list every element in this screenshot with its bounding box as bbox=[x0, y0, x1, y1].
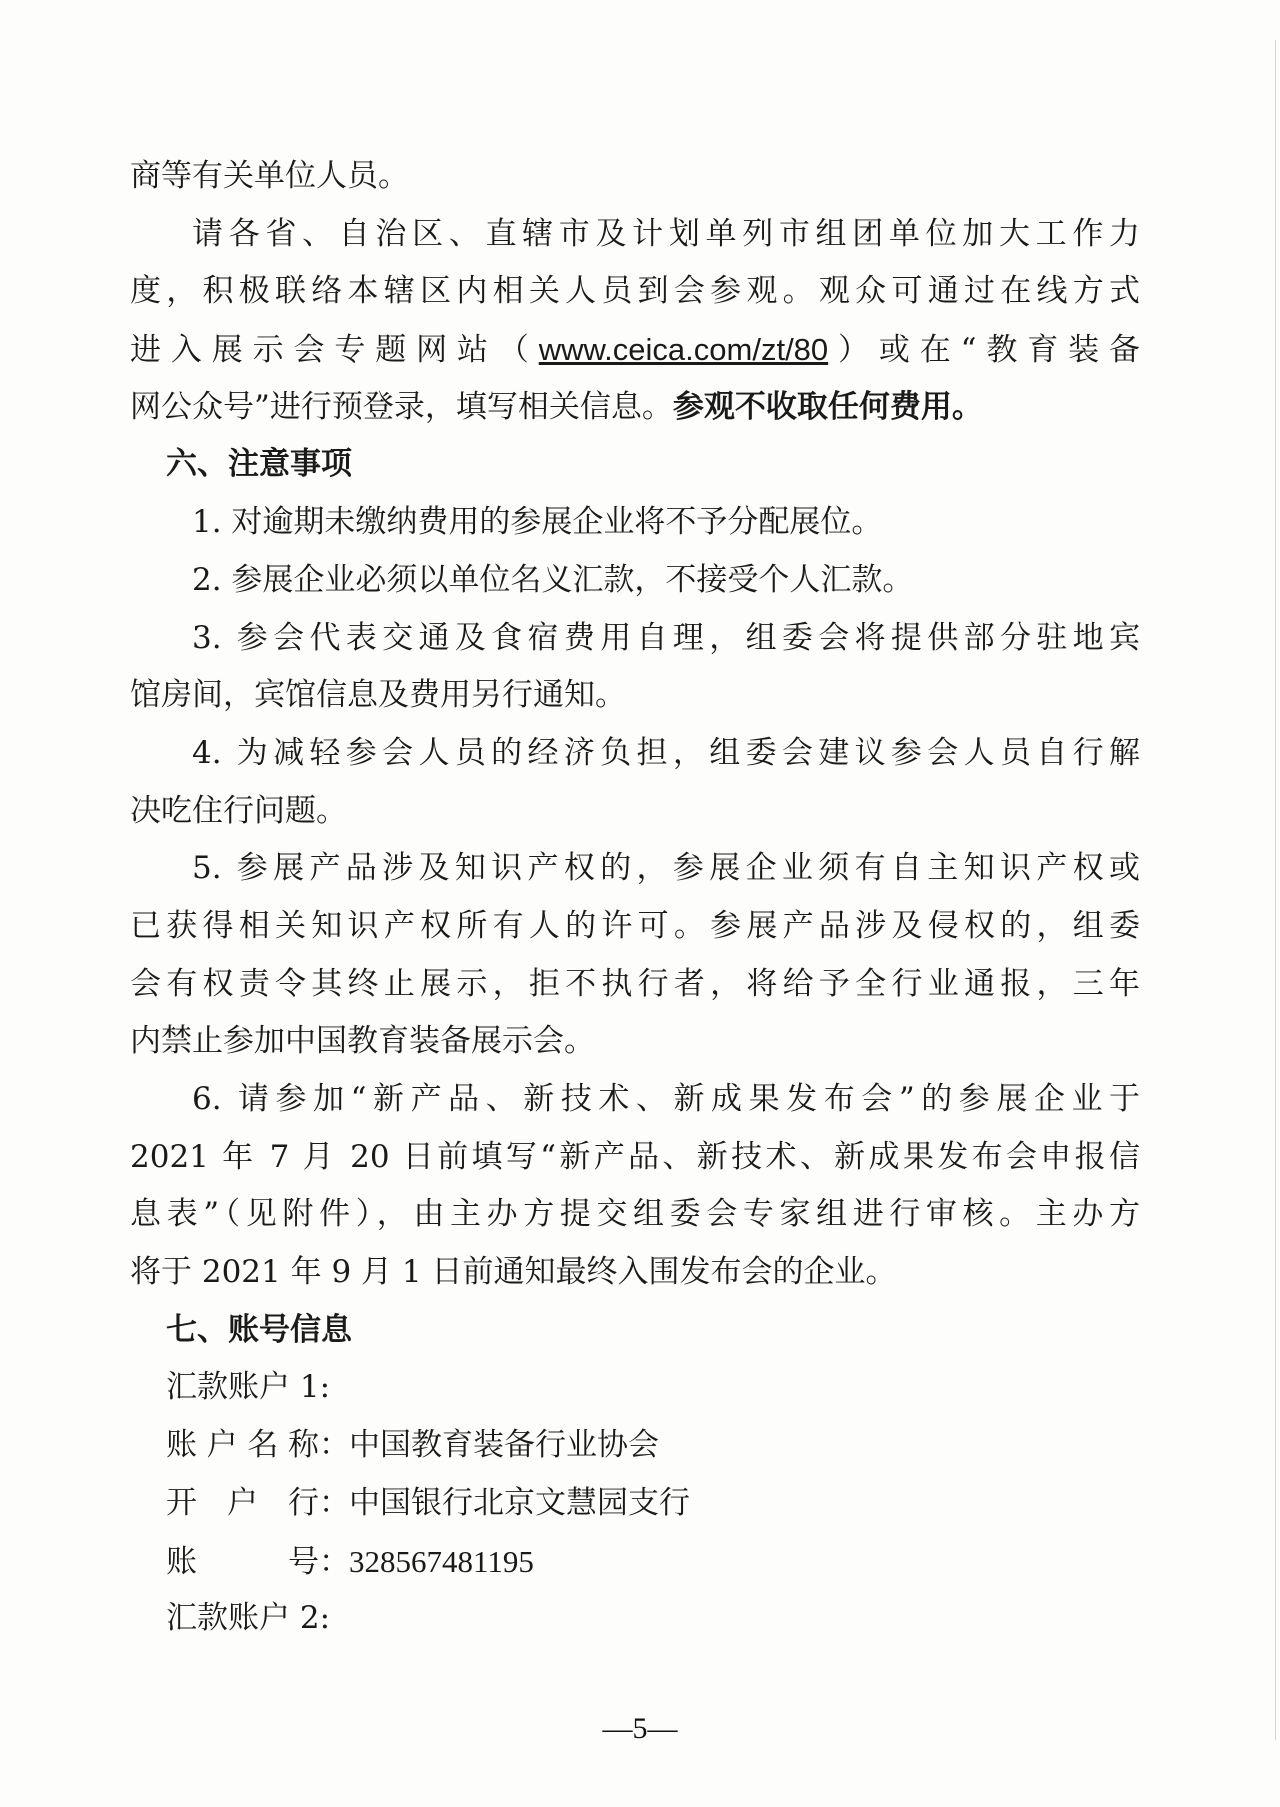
text-line: 3. 参会代表交通及食宿费用自理，组委会将提供部分驻地宾 bbox=[130, 610, 1140, 668]
text-line: 息表”（见附件），由主办方提交组委会专家组进行审核。主办方 bbox=[130, 1186, 1140, 1244]
website-link[interactable]: www.ceica.com/zt/80 bbox=[539, 332, 828, 367]
account-2-label: 汇款账户 2: bbox=[130, 1590, 1140, 1648]
note-item-5: 5. 参展产品涉及知识产权的，参展企业须有自主知识产权或 已获得相关知识产权所有… bbox=[130, 840, 1140, 1071]
account-info: 汇款账户 1: 账户名称：中国教育装备行业协会 开 户 行：中国银行北京文慧园支… bbox=[130, 1359, 1140, 1647]
account-number-value: 328567481195 bbox=[349, 1544, 534, 1579]
note-item-4: 4. 为减轻参会人员的经济负担，组委会建议参会人员自行解 决吃住行问题。 bbox=[130, 725, 1140, 840]
colon: ： bbox=[319, 1417, 349, 1475]
paragraph-visitor-registration: 请各省、自治区、直辖市及计划单列市组团单位加大工作力 度，积极联络本辖区内相关人… bbox=[130, 206, 1140, 437]
bank-label: 开 户 行 bbox=[166, 1475, 319, 1533]
text-line: 网公众号”进行预登录，填写相关信息。参观不收取任何费用。 bbox=[130, 379, 1140, 437]
text-segment: 进入展示会专题网站（ bbox=[130, 332, 539, 368]
text-line: 6. 请参加“新产品、新技术、新成果发布会”的参展企业于 bbox=[130, 1071, 1140, 1129]
text-line-with-link: 进入展示会专题网站（www.ceica.com/zt/80）或在“教育装备 bbox=[130, 321, 1140, 379]
paragraph-continuation: 商等有关单位人员。 bbox=[130, 148, 1140, 206]
text-segment: 网公众号”进行预登录，填写相关信息。 bbox=[130, 389, 673, 425]
text-line: 4. 为减轻参会人员的经济负担，组委会建议参会人员自行解 bbox=[130, 725, 1140, 783]
text-segment: ）或在“教育装备 bbox=[828, 332, 1140, 368]
colon: ： bbox=[319, 1475, 349, 1533]
text-line: 商等有关单位人员。 bbox=[130, 158, 409, 194]
section-heading-notes: 六、注意事项 bbox=[130, 436, 1140, 494]
colon: ： bbox=[319, 1534, 349, 1592]
text-line: 5. 参展产品涉及知识产权的，参展企业须有自主知识产权或 bbox=[130, 840, 1140, 898]
document-body: 商等有关单位人员。 请各省、自治区、直辖市及计划单列市组团单位加大工作力 度，积… bbox=[130, 148, 1140, 1648]
page-edge bbox=[1275, 40, 1276, 1740]
account-1-label: 汇款账户 1: bbox=[130, 1359, 1140, 1417]
text-line: 决吃住行问题。 bbox=[130, 783, 1140, 841]
account-name-label: 账户名称 bbox=[166, 1417, 319, 1475]
text-line: 馆房间，宾馆信息及费用另行通知。 bbox=[130, 667, 1140, 725]
notes-list: 1. 对逾期未缴纳费用的参展企业将不予分配展位。 2. 参展企业必须以单位名义汇… bbox=[130, 494, 1140, 1302]
free-admission-notice: 参观不收取任何费用。 bbox=[673, 389, 983, 425]
text-line: 将于 2021 年 9 月 1 日前通知最终入围发布会的企业。 bbox=[130, 1244, 1140, 1302]
text-line: 会有权责令其终止展示，拒不执行者，将给予全行业通报，三年 bbox=[130, 956, 1140, 1014]
text-line: 请各省、自治区、直辖市及计划单列市组团单位加大工作力 bbox=[130, 206, 1140, 264]
note-item-1: 1. 对逾期未缴纳费用的参展企业将不予分配展位。 bbox=[130, 494, 1140, 552]
account-number-label: 账 号 bbox=[166, 1534, 319, 1592]
note-item-3: 3. 参会代表交通及食宿费用自理，组委会将提供部分驻地宾 馆房间，宾馆信息及费用… bbox=[130, 610, 1140, 725]
account-name-value: 中国教育装备行业协会 bbox=[349, 1427, 659, 1463]
text-line: 已获得相关知识产权所有人的许可。参展产品涉及侵权的，组委 bbox=[130, 898, 1140, 956]
section-heading-account-info: 七、账号信息 bbox=[130, 1302, 1140, 1360]
bank-value: 中国银行北京文慧园支行 bbox=[349, 1485, 690, 1521]
text-line: 2021 年 7 月 20 日前填写“新产品、新技术、新成果发布会申报信 bbox=[130, 1129, 1140, 1187]
text-line: 内禁止参加中国教育装备展示会。 bbox=[130, 1013, 1140, 1071]
account-name-row: 账户名称：中国教育装备行业协会 bbox=[130, 1417, 1140, 1475]
note-item-6: 6. 请参加“新产品、新技术、新成果发布会”的参展企业于 2021 年 7 月 … bbox=[130, 1071, 1140, 1302]
bank-row: 开 户 行：中国银行北京文慧园支行 bbox=[130, 1475, 1140, 1533]
account-number-row: 账 号：328567481195 bbox=[130, 1533, 1140, 1591]
page-number: —5— bbox=[0, 1712, 1280, 1746]
note-item-2: 2. 参展企业必须以单位名义汇款，不接受个人汇款。 bbox=[130, 552, 1140, 610]
text-line: 度，积极联络本辖区内相关人员到会参观。观众可通过在线方式 bbox=[130, 263, 1140, 321]
